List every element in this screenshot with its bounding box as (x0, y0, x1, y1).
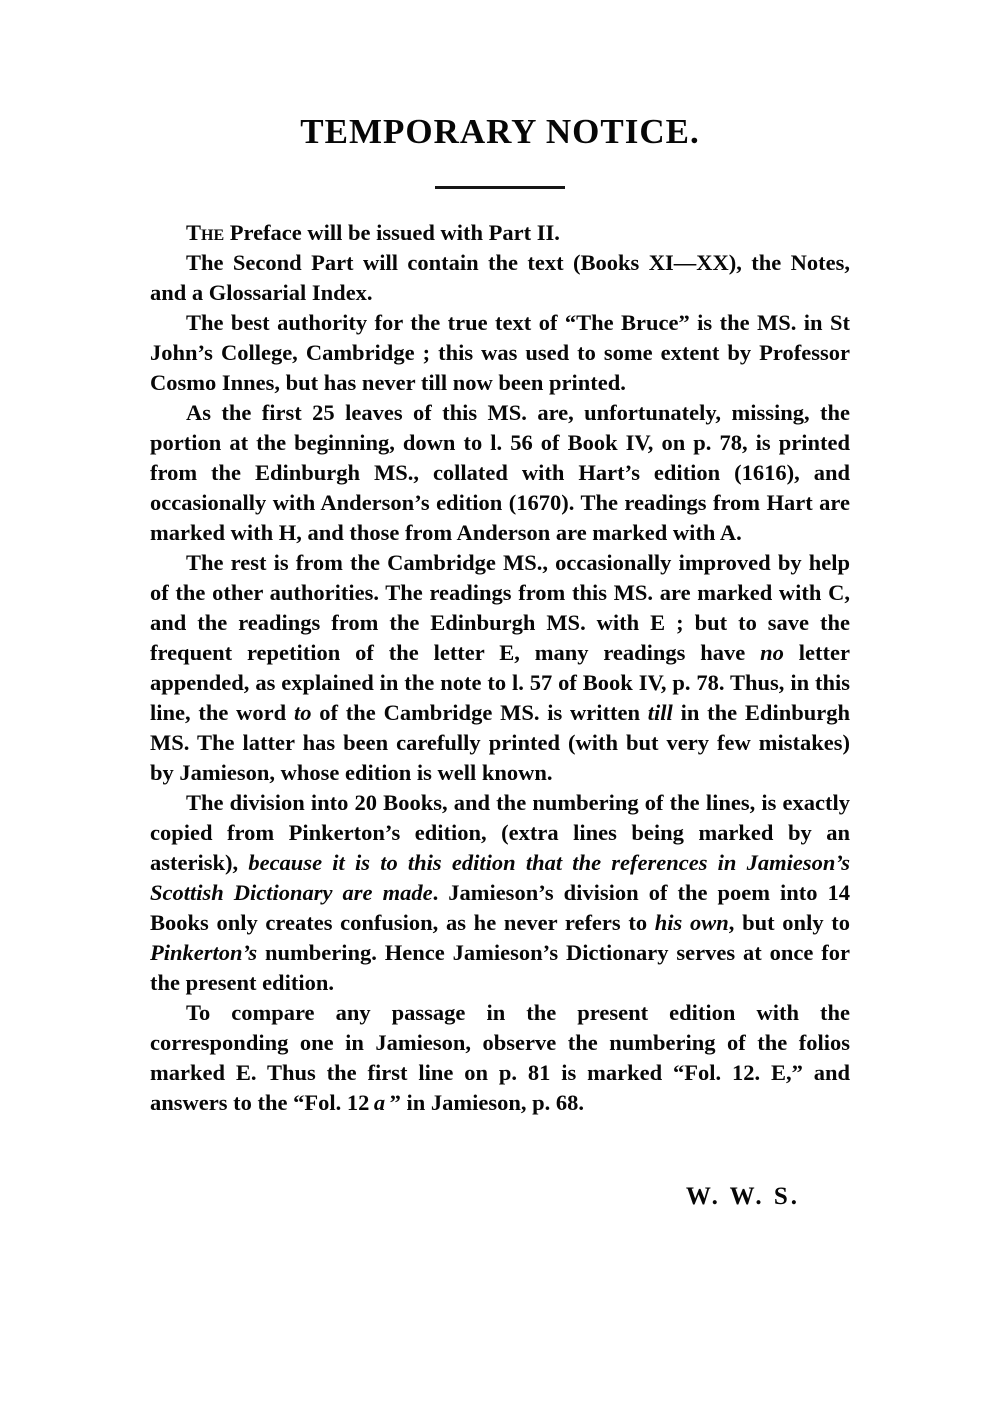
text-run: The best authority for the true text of … (150, 310, 850, 395)
book-page: TEMPORARY NOTICE. The Preface will be is… (0, 0, 1000, 1424)
paragraph: To compare any passage in the present ed… (150, 998, 850, 1118)
smallcaps-text-run: The (186, 220, 224, 245)
paragraph: The Second Part will contain the text (B… (150, 248, 850, 308)
italic-text-run: a (374, 1090, 385, 1115)
italic-text-run: to (294, 700, 312, 725)
text-run: The Second Part will contain the text (B… (150, 250, 850, 305)
text-run: The rest is from the Cambridge MS., occa… (150, 550, 850, 665)
text-run: of the Cambridge MS. is written (311, 700, 647, 725)
italic-text-run: Pinkerton’s (150, 940, 257, 965)
paragraph: The rest is from the Cambridge MS., occa… (150, 548, 850, 788)
paragraph: The division into 20 Books, and the numb… (150, 788, 850, 998)
notice-body: The Preface will be issued with Part II.… (150, 218, 850, 1118)
paragraph: As the first 25 leaves of this MS. are, … (150, 398, 850, 548)
italic-text-run: his own (655, 910, 729, 935)
paragraph: The best authority for the true text of … (150, 308, 850, 398)
title-divider (435, 186, 565, 189)
page-title: TEMPORARY NOTICE. (0, 112, 1000, 152)
italic-text-run: no (760, 640, 784, 665)
signature-initials: W. W. S. (150, 1183, 800, 1211)
italic-text-run: till (648, 700, 673, 725)
paragraph: The Preface will be issued with Part II. (150, 218, 850, 248)
text-run: As the first 25 leaves of this MS. are, … (150, 400, 850, 545)
text-run: , but only to (729, 910, 850, 935)
text-run: ” in Jamieson, p. 68. (385, 1090, 584, 1115)
text-run: Preface will be issued with Part II. (224, 220, 560, 245)
